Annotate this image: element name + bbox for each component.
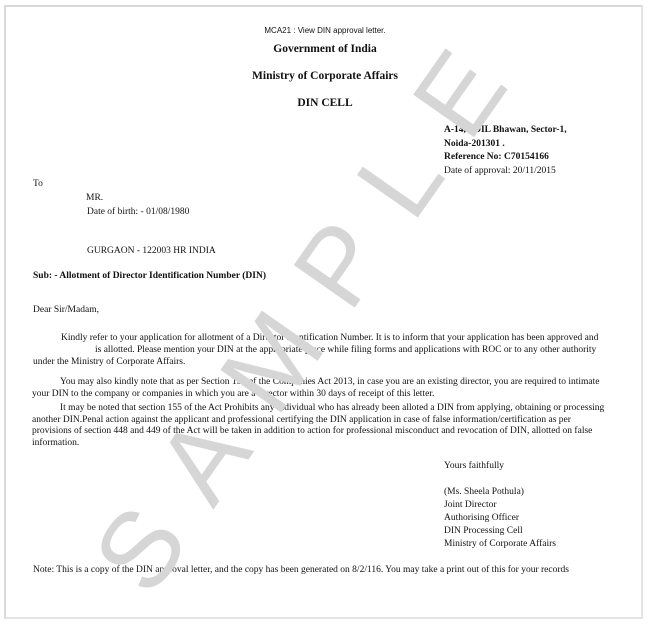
recipient-address: GURGAON - 122003 HR INDIA <box>87 246 216 256</box>
page-caption: MCA21 : View DIN approval letter. <box>0 26 650 35</box>
heading-government: Government of India <box>0 43 650 55</box>
sender-address-line1: A-14, PDIL Bhawan, Sector-1, <box>444 124 567 138</box>
signatory-ministry: Ministry of Corporate Affairs <box>444 538 556 551</box>
sender-address: A-14, PDIL Bhawan, Sector-1, Noida-20130… <box>444 124 567 178</box>
signature-block: (Ms. Sheela Pothula) Joint Director Auth… <box>444 486 556 551</box>
signatory-department: DIN Processing Cell <box>444 525 556 538</box>
salutation: Dear Sir/Madam, <box>33 305 99 315</box>
sender-address-line2: Noida-201301 . <box>444 138 567 152</box>
signatory-role: Authorising Officer <box>444 512 556 525</box>
signatory-title: Joint Director <box>444 499 556 512</box>
paragraph-3: It may be noted that section 155 of the … <box>32 403 610 449</box>
footer-note: Note: This is a copy of the DIN approval… <box>33 565 569 575</box>
recipient-name: MR. <box>86 193 103 203</box>
heading-ministry: Ministry of Corporate Affairs <box>0 70 650 82</box>
signatory-name: (Ms. Sheela Pothula) <box>444 486 556 499</box>
subject-line: Sub: - Allotment of Director Identificat… <box>33 271 266 281</box>
paragraph-1-line-2: is allotted. Please mention your DIN at … <box>95 345 596 355</box>
paragraph-1-line-1: Kindly refer to your application for all… <box>61 333 598 343</box>
to-label: To <box>33 179 43 189</box>
paragraph-1-line-3: under the Ministry of Corporate Affairs. <box>33 357 185 367</box>
reference-number: Reference No: C70154166 <box>444 151 567 165</box>
heading-din-cell: DIN CELL <box>0 97 650 109</box>
recipient-dob: Date of birth: - 01/08/1980 <box>87 207 189 217</box>
paragraph-2: You may also kindly note that as per Sec… <box>32 377 610 400</box>
approval-date: Date of approval: 20/11/2015 <box>444 165 567 179</box>
signature-closing: Yours faithfully <box>444 460 504 473</box>
